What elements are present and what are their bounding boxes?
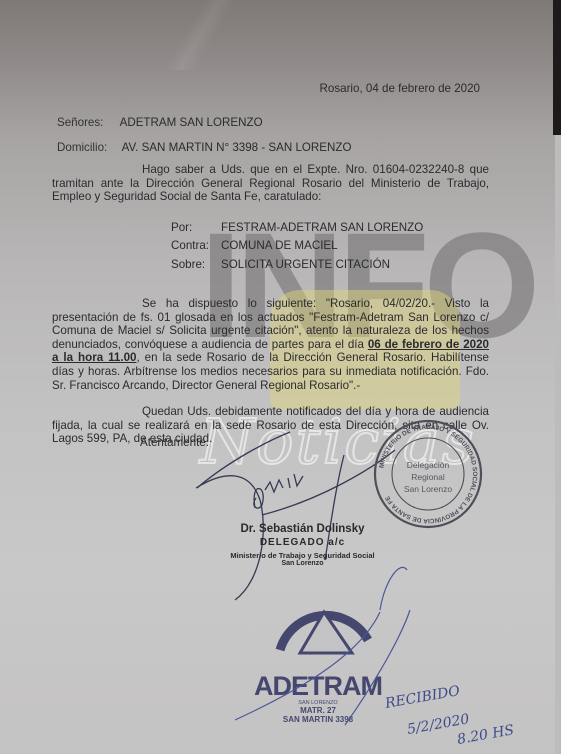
svg-text:RECIBIDO: RECIBIDO [383, 683, 462, 712]
signatory-city: San Lorenzo [225, 560, 380, 567]
svg-text:San Lorenzo: San Lorenzo [404, 484, 452, 494]
signatory-block: Dr. Sebastián Dolinsky DELEGADO a/c Mini… [225, 523, 380, 567]
official-seal: MINISTERIO DE TRABAJO Y SEGURIDAD SOCIAL… [375, 421, 481, 527]
signatory-role: DELEGADO a/c [225, 537, 380, 548]
photo-background-edge [553, 0, 561, 135]
paper-edge [555, 135, 561, 754]
document-photo: INFO Noticias Rosario, 04 de febrero de … [0, 0, 555, 754]
signatory-name: Dr. Sebastián Dolinsky [225, 523, 380, 535]
signatory-ministry: Ministerio de Trabajo y Seguridad Social [225, 551, 380, 560]
svg-text:Delegación: Delegación [407, 460, 450, 470]
svg-text:Regional: Regional [411, 472, 445, 482]
handwritten-signature [196, 432, 395, 600]
svg-text:MATR. 27: MATR. 27 [300, 706, 336, 715]
union-stamp: ADETRAM SAN LORENZO MATR. 27 SAN MARTIN … [254, 612, 382, 724]
svg-text:SAN MARTIN 3398: SAN MARTIN 3398 [283, 715, 354, 724]
ink-overlay: MINISTERIO DE TRABAJO Y SEGURIDAD SOCIAL… [0, 0, 555, 754]
